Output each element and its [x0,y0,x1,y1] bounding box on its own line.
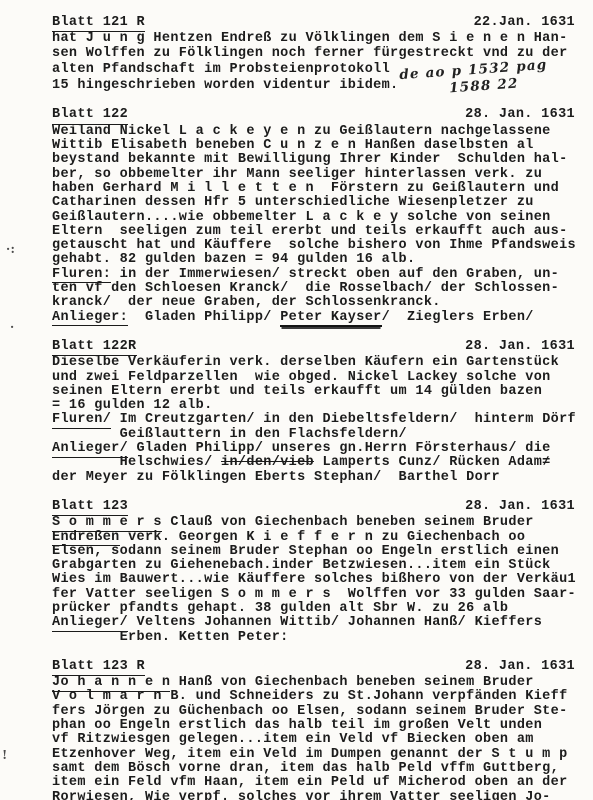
text-line: ber, so obbemelter ihr Mann seeliger hin… [52,168,575,182]
text-line: seinen Eltern ererbt und teils erkaufft … [52,385,575,399]
text-segment: Wies im Bauwert...wie Käuffere solches b… [52,572,576,587]
text-segment: alten Pfandschaft im Probsteienprotokoll [52,62,399,77]
text-segment: Rorwiesen, Wie verpf. solches vor ihrem … [52,790,551,800]
text-segment: Hanß von Giechenbach beneben seinem Brud… [170,675,533,690]
scan-artifact: ! [2,748,8,762]
text-segment: verk. Georgen K i e f f e r n zu Giechen… [120,530,526,545]
text-line: prücker pfandts gehapt. 38 gulden alt Sb… [52,602,575,616]
text-segment: samt dem Bösch vorne dran, item das halb… [52,761,559,776]
text-segment: sen Wolffen zu Fölklingen noch ferner fü… [52,46,568,61]
text-line: Fluren: in der Immerwiesen/ streckt oben… [52,268,575,282]
text-line: Weiland Nickel L a c k e y e n zu Geißla… [52,125,575,139]
text-line: V o l m a r n B. und Schneiders zu St.Jo… [52,690,575,704]
scan-artifact: · [10,320,15,334]
text-segment: Geißlauttern in den Flachsfeldern/ [52,427,407,442]
text-segment: item ein Feld vfm Haan, item ein Peld uf… [52,775,568,790]
text-segment: Anlieger: [52,310,128,327]
entry-block: Blatt 122R28. Jan. 1631Dieselbe Verkäufe… [52,340,575,485]
text-segment: prücker pfandts gehapt. 38 gulden alt Sb… [52,601,508,616]
text-segment: Dieselbe Verkäuferin verk. derselben Käu… [52,355,559,370]
text-segment: Peter Kayser [280,310,381,327]
entry-block: Blatt 123 R28. Jan. 1631Jo h a n n e n H… [52,660,575,800]
text-line: fers Jörgen zu Güchenbach oo Elsen, soda… [52,705,575,719]
text-line: Geißlauttern in den Flachsfeldern/ [52,428,575,442]
text-segment: vf Ritzwiesgen gelegen...item ein Veld v… [52,732,534,747]
text-segment: gehabt. 82 gulden bazen = 94 gulden 16 a… [52,252,415,267]
text-line: Wittib Elisabeth beneben C u n z e n Han… [52,139,575,153]
text-line: 15 hingeschrieben worden videntur ibidem… [52,77,575,93]
text-segment: Erben. Ketten Peter: [52,630,289,645]
text-line: = 16 gulden 12 alb. [52,399,575,413]
text-segment: Eltern seeligen zum teil ererbt und teil… [52,224,568,239]
text-line: hat J u n g Hentzen Endreß zu Völklingen… [52,32,575,46]
entry-block: Blatt 12328. Jan. 1631S o m m e r s Clau… [52,500,575,645]
entry-title: Blatt 122 [52,108,128,124]
text-segment: ber, so obbemelter ihr Mann seeliger hin… [52,167,542,182]
entry-heading-row: Blatt 12228. Jan. 1631 [52,108,575,124]
text-segment: Helschwies/ [52,455,221,470]
text-line: samt dem Bösch vorne dran, item das halb… [52,762,575,776]
text-segment: ten vf den Schloesen Kranck/ die Rosselb… [52,281,559,296]
text-segment: haben Gerhard M i l l e t t e n Förstern… [52,181,559,196]
text-line: Grabgarten zu Giehenebach.inder Betzwies… [52,559,575,573]
text-line: kranck/ der neue Graben, der Schlossenkr… [52,296,575,310]
text-line: Anlieger/ Gladen Philipp/ unseres gn.Her… [52,442,575,456]
handwritten-annotation: 1588 22 [449,77,519,96]
text-segment: Weiland Nickel L a c k e y e n zu Geißla… [52,124,551,139]
text-segment: Gladen Philipp/ unseres gn.Herrn Förster… [128,441,551,456]
text-line: ten vf den Schloesen Kranck/ die Rosselb… [52,282,575,296]
text-segment: phan oo Engeln erstlich das halb teil im… [52,718,542,733]
text-segment: Veltens Johannen Wittib/ Johannen Hanß/ … [128,615,542,630]
text-segment: seinen Eltern ererbt und teils erkaufft … [52,384,542,399]
entry-date: 28. Jan. 1631 [465,500,575,514]
entry-title: Blatt 122R [52,340,137,356]
text-line: S o m m e r s Clauß von Giechenbach bene… [52,516,575,530]
entry-date: 28. Jan. 1631 [465,340,575,354]
text-line: sen Wolffen zu Fölklingen noch ferner fü… [52,47,575,61]
text-line: Jo h a n n e n Hanß von Giechenbach bene… [52,676,575,690]
text-line: beystand bekannte mit Bewilligung Ihrer … [52,153,575,167]
text-segment: hat J u n g Hentzen Endreß zu Völklingen… [52,31,568,46]
text-segment: Geißlautern....wie obbemelter L a c k e … [52,210,551,225]
text-line: Endreßen verk. Georgen K i e f f e r n z… [52,531,575,545]
text-line: vf Ritzwiesgen gelegen...item ein Veld v… [52,733,575,747]
text-segment: in der Immerwiesen/ streckt oben auf den… [111,267,559,282]
text-line: haben Gerhard M i l l e t t e n Förstern… [52,182,575,196]
text-segment: Gladen Philipp/ [128,310,280,325]
text-segment: fer Vatter seeligen S o m m e r s Wolffe… [52,587,576,602]
text-segment: Grabgarten zu Giehenebach.inder Betzwies… [52,558,551,573]
text-segment: Wittib Elisabeth beneben C u n z e n Han… [52,138,534,153]
scan-artifact: ·: [6,242,15,256]
text-segment: in/den/vieb [221,455,314,470]
text-segment: der Meyer zu Fölklingen Eberts Stephan/ … [52,470,500,485]
text-line: Dieselbe Verkäuferin verk. derselben Käu… [52,356,575,370]
entry-title: Blatt 121 R [52,16,145,32]
text-line: gehabt. 82 gulden bazen = 94 gulden 16 a… [52,253,575,267]
text-segment: Lamperts Cunz/ Rücken Adam≠ [314,455,551,470]
entry-heading-row: Blatt 122R28. Jan. 1631 [52,340,575,356]
entry-heading-row: Blatt 123 R28. Jan. 1631 [52,660,575,676]
entry-heading-row: Blatt 12328. Jan. 1631 [52,500,575,516]
text-line: alten Pfandschaft im Probsteienprotokoll… [52,61,575,77]
entry-date: 22.Jan. 1631 [474,16,575,30]
text-line: Catharinen dessen Hfr 5 unterschiedliche… [52,196,575,210]
text-segment: Catharinen dessen Hfr 5 unterschiedliche… [52,195,534,210]
text-line: item ein Feld vfm Haan, item ein Peld uf… [52,776,575,790]
text-line: fer Vatter seeligen S o m m e r s Wolffe… [52,588,575,602]
text-segment: Im Creutzgarten/ in den Diebeltsfeldern/… [111,412,576,427]
text-segment: 15 hingeschrieben worden videntur ibidem… [52,78,399,93]
document-page: Blatt 121 R22.Jan. 1631hat J u n g Hentz… [0,0,593,800]
text-line: Etzenhover Weg, item ein Veld im Dumpen … [52,748,575,762]
text-line: getauscht hat und Käuffere solche bisher… [52,239,575,253]
text-line: Rorwiesen, Wie verpf. solches vor ihrem … [52,791,575,800]
text-line: und zwei Feldparzellen wie obged. Nickel… [52,371,575,385]
text-line: Erben. Ketten Peter: [52,631,575,645]
text-line: Wies im Bauwert...wie Käuffere solches b… [52,573,575,587]
text-line: Fluren/ Im Creutzgarten/ in den Diebelts… [52,413,575,427]
text-line: Geißlautern....wie obbemelter L a c k e … [52,211,575,225]
text-segment: beystand bekannte mit Bewilligung Ihrer … [52,152,568,167]
text-segment: getauscht hat und Käuffere solche bisher… [52,238,576,253]
text-line: der Meyer zu Fölklingen Eberts Stephan/ … [52,471,575,485]
text-segment: Etzenhover Weg, item ein Veld im Dumpen … [52,747,568,762]
text-line: Helschwies/ in/den/vieb Lamperts Cunz/ R… [52,456,575,470]
text-line: Elsen, sodann seinem Bruder Stephan oo E… [52,545,575,559]
text-segment: = 16 gulden 12 alb. [52,398,213,413]
entry-block: Blatt 121 R22.Jan. 1631hat J u n g Hentz… [52,16,575,93]
entry-title: Blatt 123 [52,500,128,516]
entry-block: Blatt 12228. Jan. 1631Weiland Nickel L a… [52,108,575,324]
entry-heading-row: Blatt 121 R22.Jan. 1631 [52,16,575,32]
text-line: Eltern seeligen zum teil ererbt und teil… [52,225,575,239]
text-segment: / Zieglers Erben/ [382,310,534,325]
text-line: Anlieger/ Veltens Johannen Wittib/ Johan… [52,616,575,630]
text-line: Anlieger: Gladen Philipp/ Peter Kayser/ … [52,311,575,325]
entry-date: 28. Jan. 1631 [465,660,575,674]
text-segment: und zwei Feldparzellen wie obged. Nickel… [52,370,551,385]
entry-date: 28. Jan. 1631 [465,108,575,122]
text-segment: kranck/ der neue Graben, der Schlossenkr… [52,295,441,310]
text-segment: fers Jörgen zu Güchenbach oo Elsen, soda… [52,704,568,719]
text-segment: Elsen, sodann seinem Bruder Stephan oo E… [52,544,559,559]
entry-title: Blatt 123 R [52,660,145,676]
text-segment: V o l m a r n B. und Schneiders zu St.Jo… [52,689,568,704]
text-line: phan oo Engeln erstlich das halb teil im… [52,719,575,733]
text-segment: Clauß von Giechenbach beneben seinem Bru… [162,515,534,530]
